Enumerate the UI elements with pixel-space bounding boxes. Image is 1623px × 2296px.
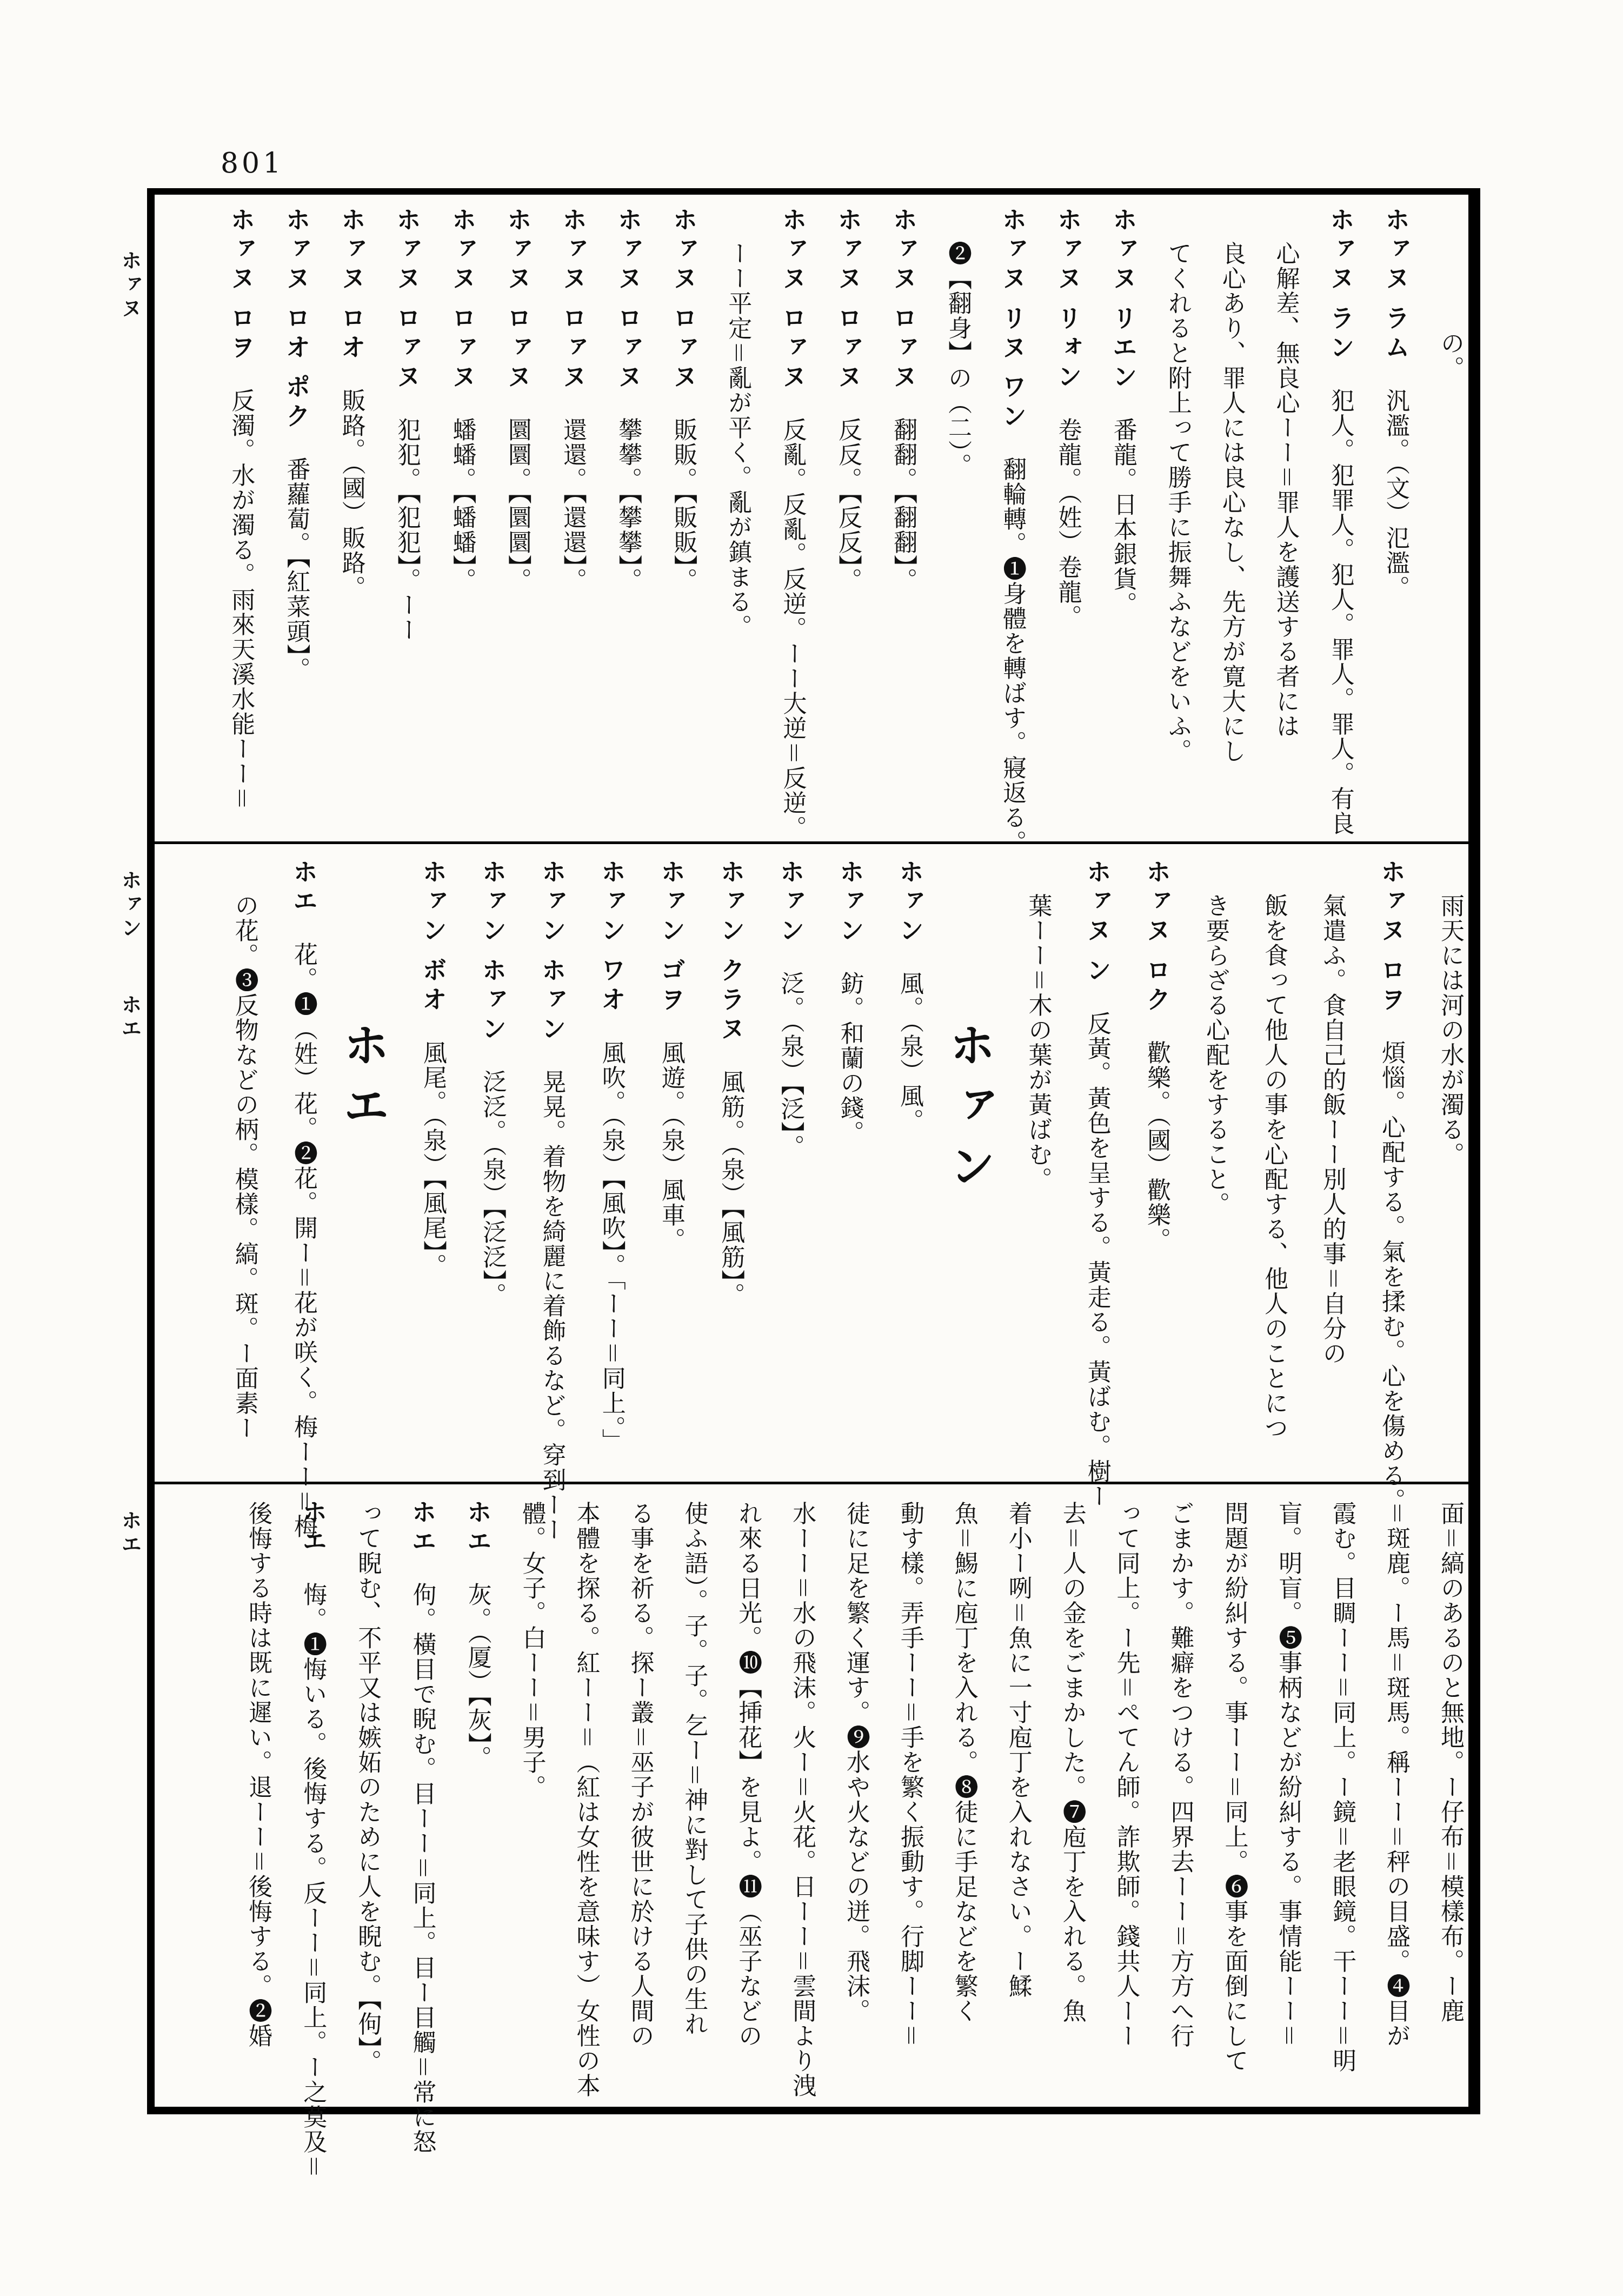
- definition-text: 魚＝鯣に庖丁を入れる。❽徒に手足などを繁く: [951, 1501, 977, 2023]
- headword-kana: ホァヌ ラム: [1382, 207, 1409, 363]
- entry-column: ホァン鈁。和蘭の錢。: [835, 859, 864, 1470]
- definition-text: 花。❶（姓）花。❷花。開ー＝花が咲く。梅ーー＝梅: [290, 942, 317, 1539]
- entry-column: ホァヌ ロァヌ販販。【販販】。: [668, 207, 697, 828]
- entry-column: ホァヌ ロァヌ反亂。反亂。反逆。ーー大逆＝反逆。: [777, 207, 807, 828]
- definition-text: 晃晃。着物を綺麗に着飾るなど。穿到ーー: [538, 1070, 565, 1542]
- definition-text: 問題が紛糾する。事ーー＝同上。❻事を面倒にして: [1221, 1501, 1247, 2073]
- headword-kana: ホエ: [290, 859, 317, 917]
- definition-text: 良心あり、罪人には良心なし、先方が寛大にし: [1219, 241, 1245, 764]
- definition-text: 鈁。和蘭の錢。: [837, 971, 863, 1145]
- definition-text: 卷龍。（姓）卷龍。: [1055, 417, 1081, 629]
- margin-guide-label: ホエ: [115, 1510, 144, 1557]
- dictionary-scan-page: 801 ホァヌホァンホエホエ の。ホァヌ ラム汎濫。（文）氾濫。ホァヌ ラン犯人…: [0, 0, 1623, 2296]
- entry-column: ホァヌ ロク歡樂。（國）歡樂。: [1142, 859, 1171, 1470]
- definition-text: 翻翻。【翻翻】。: [890, 417, 916, 593]
- definition-text: 販販。【販販】。: [670, 417, 696, 593]
- definition-text: ごまかす。難癖をつける。四界去ーー＝方方へ行: [1167, 1501, 1193, 2048]
- continuation-column: 面＝縞のあるのと無地。ー仔布＝模樣布。ー鹿: [1436, 1499, 1464, 2105]
- continuation-column: ❷【翻身】の（二）。: [943, 207, 972, 828]
- continuation-column: ＝斑鹿。ー馬＝斑馬。稱ーー＝秤の目盛。❹目が: [1382, 1499, 1410, 2105]
- continuation-column: てくれると附上って勝手に振舞ふなどをいふ。: [1163, 207, 1192, 828]
- definition-text: 悔。❶悔いる。後悔する。反ーー＝同上。ー之莫及＝: [300, 1582, 326, 2179]
- continuation-column: 氣遣ふ。食自己的飯ーー別人的事＝自分の: [1318, 859, 1346, 1470]
- entry-column: ホァヌ ロァヌ犯犯。【犯犯】。ーー: [392, 207, 421, 828]
- definition-text: って睨む、不平又は嫉妬のために人を睨む。【佝】。: [354, 1501, 381, 2074]
- continuation-column: 使ふ語）。子。子。乞ー＝神に對して子供の生れ: [680, 1499, 708, 2105]
- definition-text: って同上。ー先＝ぺてん師。詐欺師。錢共人ーー: [1113, 1501, 1140, 2048]
- definition-text: 水ーー＝水の飛沫。火ー＝火花。日ーー＝雲間より洩: [789, 1501, 815, 2098]
- headword-kana: ホァヌ ロヲ: [1378, 859, 1405, 1016]
- entry-column: ホァン クラヌ風筋。（泉）【風筋】。: [716, 859, 745, 1470]
- definition-text: 泛。（泉）【泛】。: [777, 971, 804, 1159]
- continuation-column: 良心あり、罪人には良心なし、先方が寛大にし: [1218, 207, 1246, 828]
- continuation-column: き要らざる心配をすること。: [1201, 859, 1229, 1470]
- headword-kana: ホエ: [299, 1499, 327, 1557]
- definition-text: ＝斑鹿。ー馬＝斑馬。稱ーー＝秤の目盛。❹目が: [1383, 1501, 1409, 2048]
- headword-kana: ホァン: [777, 859, 804, 946]
- definition-text: 犯人。犯罪人。犯人。罪人。罪人。有良: [1327, 388, 1354, 836]
- headword-kana: ホァン ゴヲ: [657, 859, 685, 1016]
- margin-guide-label: ホァン: [115, 870, 144, 941]
- definition-text: 使ふ語）。子。子。乞ー＝神に對して子供の生れ: [681, 1501, 707, 2036]
- continuation-column: る事を祈る。探ー叢＝巫子が彼世に於ける人間の: [626, 1499, 654, 2105]
- entry-column: ホエ花。❶（姓）花。❷花。開ー＝花が咲く。梅ーー＝梅: [289, 859, 318, 1470]
- definition-text: ❷【翻身】の（二）。: [944, 241, 971, 478]
- entry-column: ホァヌ ロァヌ攀攀。【攀攀】。: [613, 207, 642, 828]
- continuation-column: 去＝人の金をごまかした。❼庖丁を入れる。魚: [1058, 1499, 1086, 2105]
- headword-kana: ホァヌ ロオ ポク: [283, 207, 310, 432]
- entry-column: ホエ悔。❶悔いる。後悔する。反ーー＝同上。ー之莫及＝: [298, 1499, 327, 2105]
- definition-text: 本體を探る。紅ーー＝（紅は女性を意味す）女性の本: [573, 1501, 600, 2098]
- definition-text: 番蘿蔔。【紅菜頭】。: [283, 457, 310, 682]
- headword-kana: ホァン ホァン: [478, 859, 506, 1045]
- entry-column: ホァン ボオ風尾。（泉）【風尾】。: [418, 859, 447, 1470]
- entry-column: ホエ佝。橫目で睨む。目ーー＝同上。目ー目觸＝常に怒: [407, 1499, 436, 2105]
- band-separator-rule: [152, 1482, 1475, 1484]
- continuation-column: 雨天には河の水が濁る。: [1436, 859, 1464, 1470]
- continuation-column: 盲。明盲。❺事柄などが紛糾する。事情能ーー＝: [1274, 1499, 1302, 2105]
- headword-kana: ホァン ボオ: [419, 859, 447, 1016]
- definition-text: ーー平定＝亂が平く。亂が鎮まる。: [724, 241, 751, 639]
- definition-text: 蟠蟠。【蟠蟠】。: [449, 417, 475, 593]
- definition-text: の花。❸反物などの柄。模樣。縞。斑。ー面素ー: [231, 893, 258, 1441]
- band-separator-rule: [152, 841, 1475, 844]
- entry-column: ホァヌ ロオ ポク番蘿蔔。【紅菜頭】。: [281, 207, 310, 828]
- entry-column: ホァヌ ラン犯人。犯罪人。犯人。罪人。罪人。有良: [1326, 207, 1355, 828]
- entry-column: ホエ灰。（厦）【灰】。: [462, 1499, 491, 2105]
- definition-text: 心解差、無良心ーー＝罪人を護送する者には: [1273, 241, 1299, 739]
- headword-kana: ホァン クラヌ: [717, 859, 744, 1045]
- definition-text: てくれると附上って勝手に振舞ふなどをいふ。: [1165, 241, 1191, 764]
- entry-column: ホァヌ ロァヌ蟠蟠。【蟠蟠】。: [447, 207, 476, 828]
- continuation-column: 水ーー＝水の飛沫。火ー＝火花。日ーー＝雲間より洩: [788, 1499, 816, 2105]
- headword-kana: ホァヌ ロァヌ: [614, 207, 642, 393]
- headword-kana: ホァヌ ロァヌ: [834, 207, 862, 393]
- headword-kana: ホァヌ リヌ ワン: [999, 207, 1026, 432]
- continuation-column: れ來る日光。❿【挿花】を見よ。⓫（巫子などの: [734, 1499, 762, 2105]
- headword-kana: ホァン: [836, 859, 864, 946]
- definition-text: 後悔する時は既に遲い。退ーー＝後悔する。❷婚: [245, 1501, 271, 2048]
- definition-text: れ來る日光。❿【挿花】を見よ。⓫（巫子などの: [735, 1501, 761, 2048]
- entry-band-middle: 雨天には河の水が濁る。ホァヌ ロヲ煩惱。心配する。氣を揉む。心を傷める。氣遣ふ。…: [162, 859, 1464, 1470]
- margin-guide-label: ホァヌ: [115, 250, 144, 321]
- definition-text: 去＝人の金をごまかした。❼庖丁を入れる。魚: [1059, 1501, 1086, 2023]
- entry-column: ホァヌ ロァヌ反反。【反反】。: [833, 207, 862, 828]
- continuation-column: 動す樣。弄手ーー＝手を繁く振動す。行脚ーー＝: [896, 1499, 924, 2105]
- definition-text: の。: [1437, 331, 1464, 381]
- definition-text: 泛泛。（泉）【泛泛】。: [479, 1070, 505, 1308]
- definition-text: 着小ー咧＝魚に一寸庖丁を入れなさい。ー鰇: [1005, 1501, 1032, 1999]
- continuation-column: 問題が紛糾する。事ーー＝同上。❻事を面倒にして: [1220, 1499, 1248, 2105]
- definition-text: 雨天には河の水が濁る。: [1437, 893, 1464, 1167]
- entry-column: ホァヌ リヌ ワン翻輪轉。❶身體を轉ばす。寢返る。: [997, 207, 1027, 828]
- continuation-column: 本體を探る。紅ーー＝（紅は女性を意味す）女性の本: [572, 1499, 600, 2105]
- definition-text: 汎濫。（文）氾濫。: [1382, 388, 1409, 600]
- entry-column: ホァン ゴヲ風遊。（泉）風車。: [656, 859, 686, 1470]
- definition-text: 霞む。目睭ーー＝同上。ー鏡＝老眼鏡。干ーー＝明: [1329, 1501, 1355, 2073]
- definition-text: 佝。橫目で睨む。目ーー＝同上。目ー目觸＝常に怒: [409, 1582, 435, 2154]
- definition-text: 風尾。（泉）【風尾】。: [420, 1040, 446, 1278]
- continuation-column: 後悔する時は既に遲い。退ーー＝後悔する。❷婚: [244, 1499, 272, 2105]
- entry-column: ホァヌ ロァヌ圜圜。【圜圜】。: [502, 207, 531, 828]
- entry-column: ホァン ワオ風吹。（泉）【風吹】。「ーー＝同上。」: [596, 859, 626, 1470]
- headword-kana: ホァヌ ン: [1083, 859, 1111, 986]
- continuation-column: って同上。ー先＝ぺてん師。詐欺師。錢共人ーー: [1112, 1499, 1140, 2105]
- headword-kana: ホエ: [464, 1499, 491, 1557]
- page-number: 801: [221, 147, 284, 180]
- headword-kana: ホァヌ ロァヌ: [779, 207, 807, 393]
- continuation-column: ごまかす。難癖をつける。四界去ーー＝方方へ行: [1166, 1499, 1194, 2105]
- definition-text: 盲。明盲。❺事柄などが紛糾する。事情能ーー＝: [1275, 1501, 1301, 2048]
- definition-text: 煩惱。心配する。氣を揉む。心を傷める。: [1378, 1040, 1405, 1513]
- entry-column: ホァヌ ロァヌ還還。【還還】。: [558, 207, 587, 828]
- continuation-column: の花。❸反物などの柄。模樣。縞。斑。ー面素ー: [230, 859, 258, 1470]
- continuation-column: 心解差、無良心ーー＝罪人を護送する者には: [1272, 207, 1300, 828]
- entry-column: ホァン風。（泉）風。: [895, 859, 924, 1470]
- definition-text: 販路。（國）販路。: [338, 388, 365, 600]
- entry-band-top: の。ホァヌ ラム汎濫。（文）氾濫。ホァヌ ラン犯人。犯罪人。犯人。罪人。罪人。有…: [162, 207, 1464, 828]
- headword-kana: ホァヌ ロァヌ: [889, 207, 917, 393]
- continuation-column: ーー平定＝亂が平く。亂が鎮まる。: [723, 207, 751, 828]
- definition-text: き要らざる心配をすること。: [1202, 893, 1229, 1217]
- entry-band-bottom: 面＝縞のあるのと無地。ー仔布＝模樣布。ー鹿＝斑鹿。ー馬＝斑馬。稱ーー＝秤の目盛。…: [162, 1499, 1464, 2105]
- definition-text: 翻輪轉。❶身體を轉ばす。寢返る。: [999, 457, 1026, 855]
- continuation-column: 着小ー咧＝魚に一寸庖丁を入れなさい。ー鰇: [1004, 1499, 1032, 2105]
- continuation-column: 霞む。目睭ーー＝同上。ー鏡＝老眼鏡。干ーー＝明: [1328, 1499, 1356, 2105]
- entry-column: ホァヌ リエン番龍。日本銀貨。: [1108, 207, 1138, 828]
- headword-kana: ホァン: [896, 859, 923, 946]
- definition-text: 體。女子。白ーー＝男子。: [519, 1501, 546, 1800]
- definition-text: 徒に足を繁く運す。❾水や火などの迸。飛沫。: [843, 1501, 869, 2023]
- headword-kana: ホァン ワオ: [598, 859, 626, 1016]
- definition-text: 風吹。（泉）【風吹】。「ーー＝同上。」: [598, 1040, 625, 1454]
- entry-column: ホァヌ ロヲ煩惱。心配する。氣を揉む。心を傷める。: [1376, 859, 1406, 1470]
- definition-text: 反反。【反反】。: [835, 417, 861, 593]
- headword-kana: ホァヌ ロァヌ: [448, 207, 476, 393]
- continuation-column: 徒に足を繁く運す。❾水や火などの迸。飛沫。: [842, 1499, 870, 2105]
- continuation-column: 體。女子。白ーー＝男子。: [518, 1499, 546, 2105]
- entry-column: ホァン ホァン泛泛。（泉）【泛泛】。: [477, 859, 507, 1470]
- section-header: ホエ: [336, 859, 388, 1470]
- section-header: ホァン: [942, 859, 994, 1470]
- definition-text: 灰。（厦）【灰】。: [464, 1582, 491, 1770]
- definition-text: 風。（泉）風。: [896, 971, 923, 1133]
- definition-text: 葉ーー＝木の葉が黃ばむ。: [1025, 893, 1052, 1192]
- definition-text: 氣遣ふ。食自己的飯ーー別人的事＝自分の: [1319, 893, 1346, 1366]
- definition-text: 風筋。（泉）【風筋】。: [717, 1070, 744, 1308]
- entry-column: ホァヌ ロァヌ翻翻。【翻翻】。: [888, 207, 917, 828]
- entry-column: ホァン泛。（泉）【泛】。: [775, 859, 804, 1470]
- definition-text: 飯を食って他人の事を心配する、他人のことにつ: [1261, 893, 1287, 1441]
- continuation-column: 飯を食って他人の事を心配する、他人のことにつ: [1260, 859, 1288, 1470]
- headword-kana: ホァヌ リォン: [1054, 207, 1082, 393]
- headword-kana: ホァヌ ロァヌ: [559, 207, 587, 393]
- definition-text: 反亂。反亂。反逆。ーー大逆＝反逆。: [780, 417, 806, 840]
- headword-kana: ホエ: [408, 1499, 436, 1557]
- definition-text: 反黃。黃色を呈する。黃走る。黃ばむ。樹ー: [1084, 1011, 1110, 1509]
- definition-text: 還還。【還還】。: [560, 417, 586, 593]
- entry-column: ホァヌ ロヲ反濁。水が濁る。雨來天溪水能ーー＝: [226, 207, 255, 828]
- definition-text: 犯犯。【犯犯】。ーー: [394, 417, 420, 642]
- headword-kana: ホァヌ ロァヌ: [504, 207, 531, 393]
- entry-column: ホァヌ ン反黃。黃色を呈する。黃走る。黃ばむ。樹ー: [1082, 859, 1112, 1470]
- headword-kana: ホァヌ ロァヌ: [393, 207, 421, 393]
- definition-text: 反濁。水が濁る。雨來天溪水能ーー＝: [228, 388, 254, 811]
- continuation-column: 葉ーー＝木の葉が黃ばむ。: [1024, 859, 1052, 1470]
- headword-kana: ホァヌ ロオ: [338, 207, 365, 363]
- headword-kana: ホァヌ ラン: [1327, 207, 1354, 363]
- definition-text: 歡樂。（國）歡樂。: [1143, 1040, 1170, 1252]
- headword-kana: ホァヌ リエン: [1109, 207, 1137, 393]
- headword-kana: ホァヌ ロァヌ: [669, 207, 697, 393]
- entry-column: ホァン ホァン晃晃。着物を綺麗に着飾るなど。穿到ーー: [537, 859, 566, 1470]
- continuation-column: の。: [1436, 207, 1464, 828]
- definition-text: 番龍。日本銀貨。: [1110, 417, 1136, 616]
- definition-text: 風遊。（泉）風車。: [658, 1040, 684, 1252]
- definition-text: 圜圜。【圜圜】。: [504, 417, 531, 593]
- headword-kana: ホァヌ ロク: [1143, 859, 1170, 1016]
- definition-text: 動す樣。弄手ーー＝手を繁く振動す。行脚ーー＝: [897, 1501, 923, 2048]
- definition-text: る事を祈る。探ー叢＝巫子が彼世に於ける人間の: [627, 1501, 653, 2048]
- headword-kana: ホァン ホァン: [538, 859, 566, 1045]
- continuation-column: って睨む、不平又は嫉妬のために人を睨む。【佝】。: [353, 1499, 381, 2105]
- entry-column: ホァヌ リォン卷龍。（姓）卷龍。: [1053, 207, 1082, 828]
- entry-column: ホァヌ ラム汎濫。（文）氾濫。: [1381, 207, 1410, 828]
- definition-text: 面＝縞のあるのと無地。ー仔布＝模樣布。ー鹿: [1437, 1501, 1464, 2023]
- entry-column: ホァヌ ロオ販路。（國）販路。: [337, 207, 366, 828]
- margin-guide-label: ホエ: [115, 994, 144, 1041]
- continuation-column: 魚＝鯣に庖丁を入れる。❽徒に手足などを繁く: [950, 1499, 978, 2105]
- headword-kana: ホァヌ ロヲ: [227, 207, 255, 363]
- definition-text: 攀攀。【攀攀】。: [615, 417, 641, 593]
